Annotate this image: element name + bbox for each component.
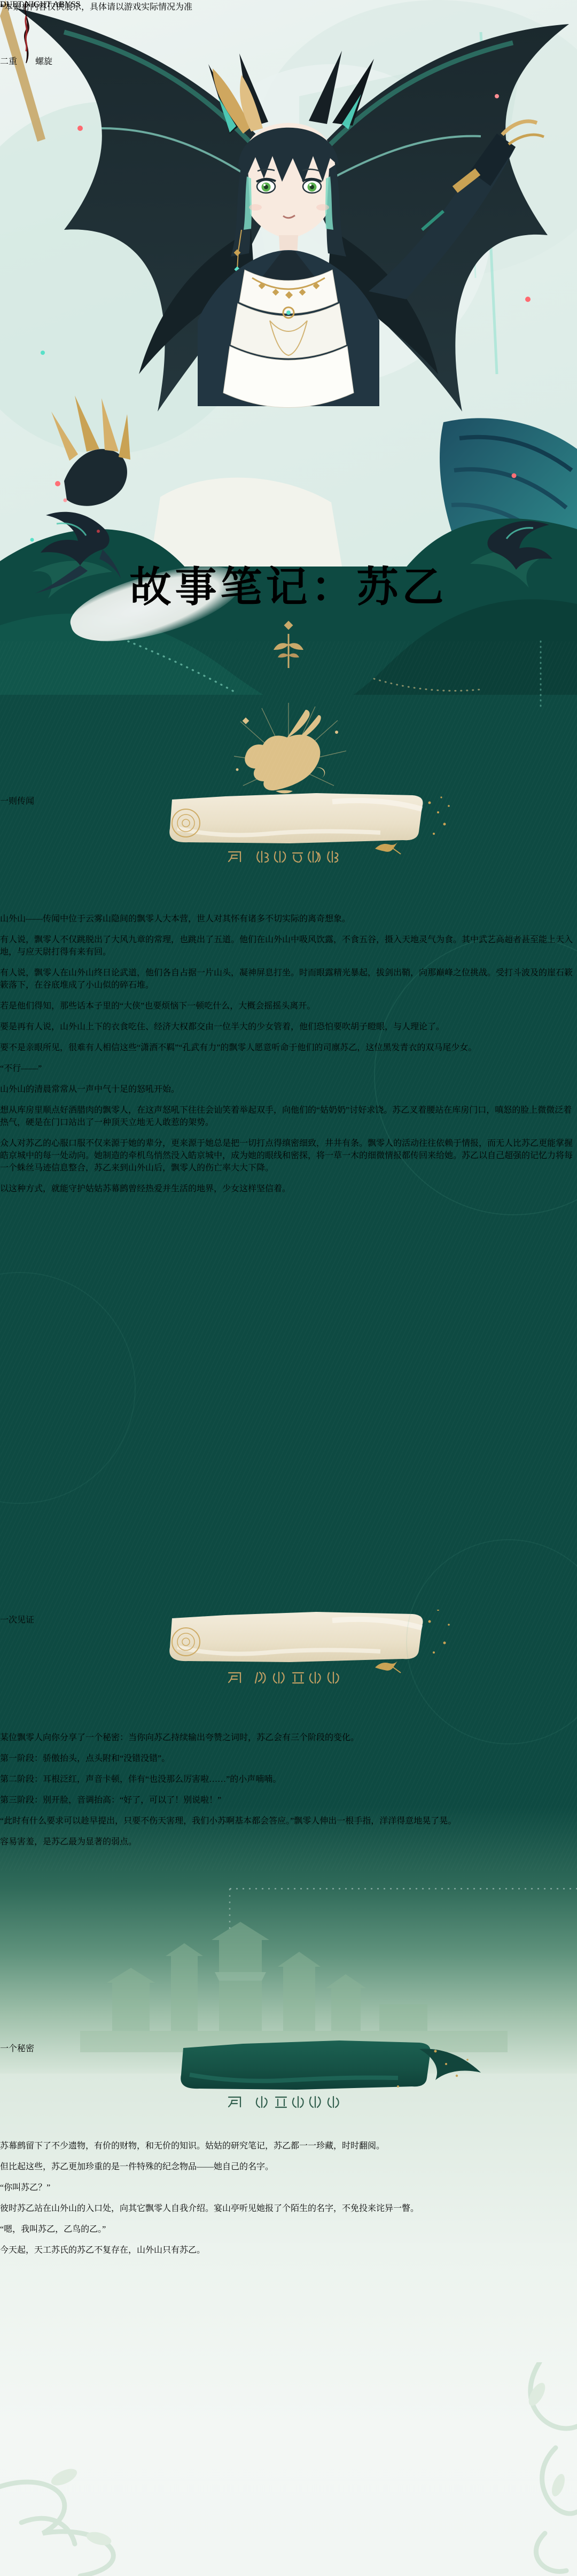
banner-brush-shape [156,791,455,847]
logo-text-right: 螺旋 [35,57,52,66]
vine-flourish [0,2362,577,2576]
paragraph: “此时有什么要求可以趁早提出，只要不伤天害理，我们小苏啊基本都会答应。”飘零人伸… [0,1814,456,1826]
section-banner-rumor: 一则传闻 [0,794,241,806]
paragraph: 第三阶段：别开脸，音调抬高：“好了，可以了！别说啦！” [0,1793,456,1805]
page-title: 故事笔记：苏乙 [0,564,577,610]
paragraph: 某位飘零人向你分享了一个秘密：当你向苏乙持续输出夸赞之词时，苏乙会有三个阶段的变… [0,1731,456,1743]
paragraph: 今天起，天工苏氏的苏乙不复存在，山外山只有苏乙。 [0,2243,419,2255]
rabbit-emblem-icon [224,700,353,799]
section-banner-witness: 一次见证 [0,1613,241,1625]
gold-swallow-icon [374,841,402,857]
section-banner-secret: 一个秘密 [0,2042,353,2054]
paragraph: 苏幕鹧留下了不少遗物，有价的财物，和无价的知识。姑姑的研究笔记，苏乙都一一珍藏，… [0,2139,419,2151]
disclaimer-text: *本素材内容仅供展示，具体请以游戏实际情况为准 [0,0,192,12]
logo-text-left: 二重 [0,57,17,66]
gold-swallow-icon [374,1660,402,1676]
paragraph: 彼时苏乙站在山外山的入口处，向其它飘零人自我介绍。宴山亭听见她报了个陌生的名字，… [0,2201,419,2214]
paragraph: 但比起这些，苏乙更加珍重的是一件特殊的纪念物品——她自己的名字。 [0,2160,419,2172]
seal-script-ornament [224,849,353,865]
gold-sprout-ornament [267,620,310,671]
paragraph: 第二阶段：耳根泛红，声音卡顿，伴有“也没那么厉害啦……”的小声喃喃。 [0,1772,456,1784]
paragraph: “嗯，我叫苏乙，乙鸟的乙。” [0,2222,419,2234]
paragraph: 山外山——传闻中位于云雾山隐间的飘零人大本营，世人对其怀有诸多不切实际的离奇想象… [0,912,577,924]
city-silhouette [80,1919,508,2052]
section-body-secret: 苏幕鹧留下了不少遗物，有价的财物，和无价的知识。姑姑的研究笔记，苏乙都一一珍藏，… [0,2130,419,2264]
seal-script-ornament [224,1670,353,1686]
paragraph: “你叫苏乙？” [0,2181,419,2193]
seal-script-ornament [224,2094,353,2110]
paragraph: 第一阶段：骄傲抬头，点头附和“没错没错”。 [0,1751,456,1764]
section-body-witness: 某位飘零人向你分享了一个秘密：当你向苏乙持续输出夸赞之词时，苏乙会有三个阶段的变… [0,1722,456,1856]
banner-brush-shape [168,2038,489,2094]
paragraph: 容易害羞，是苏乙最为显著的弱点。 [0,1835,456,1847]
